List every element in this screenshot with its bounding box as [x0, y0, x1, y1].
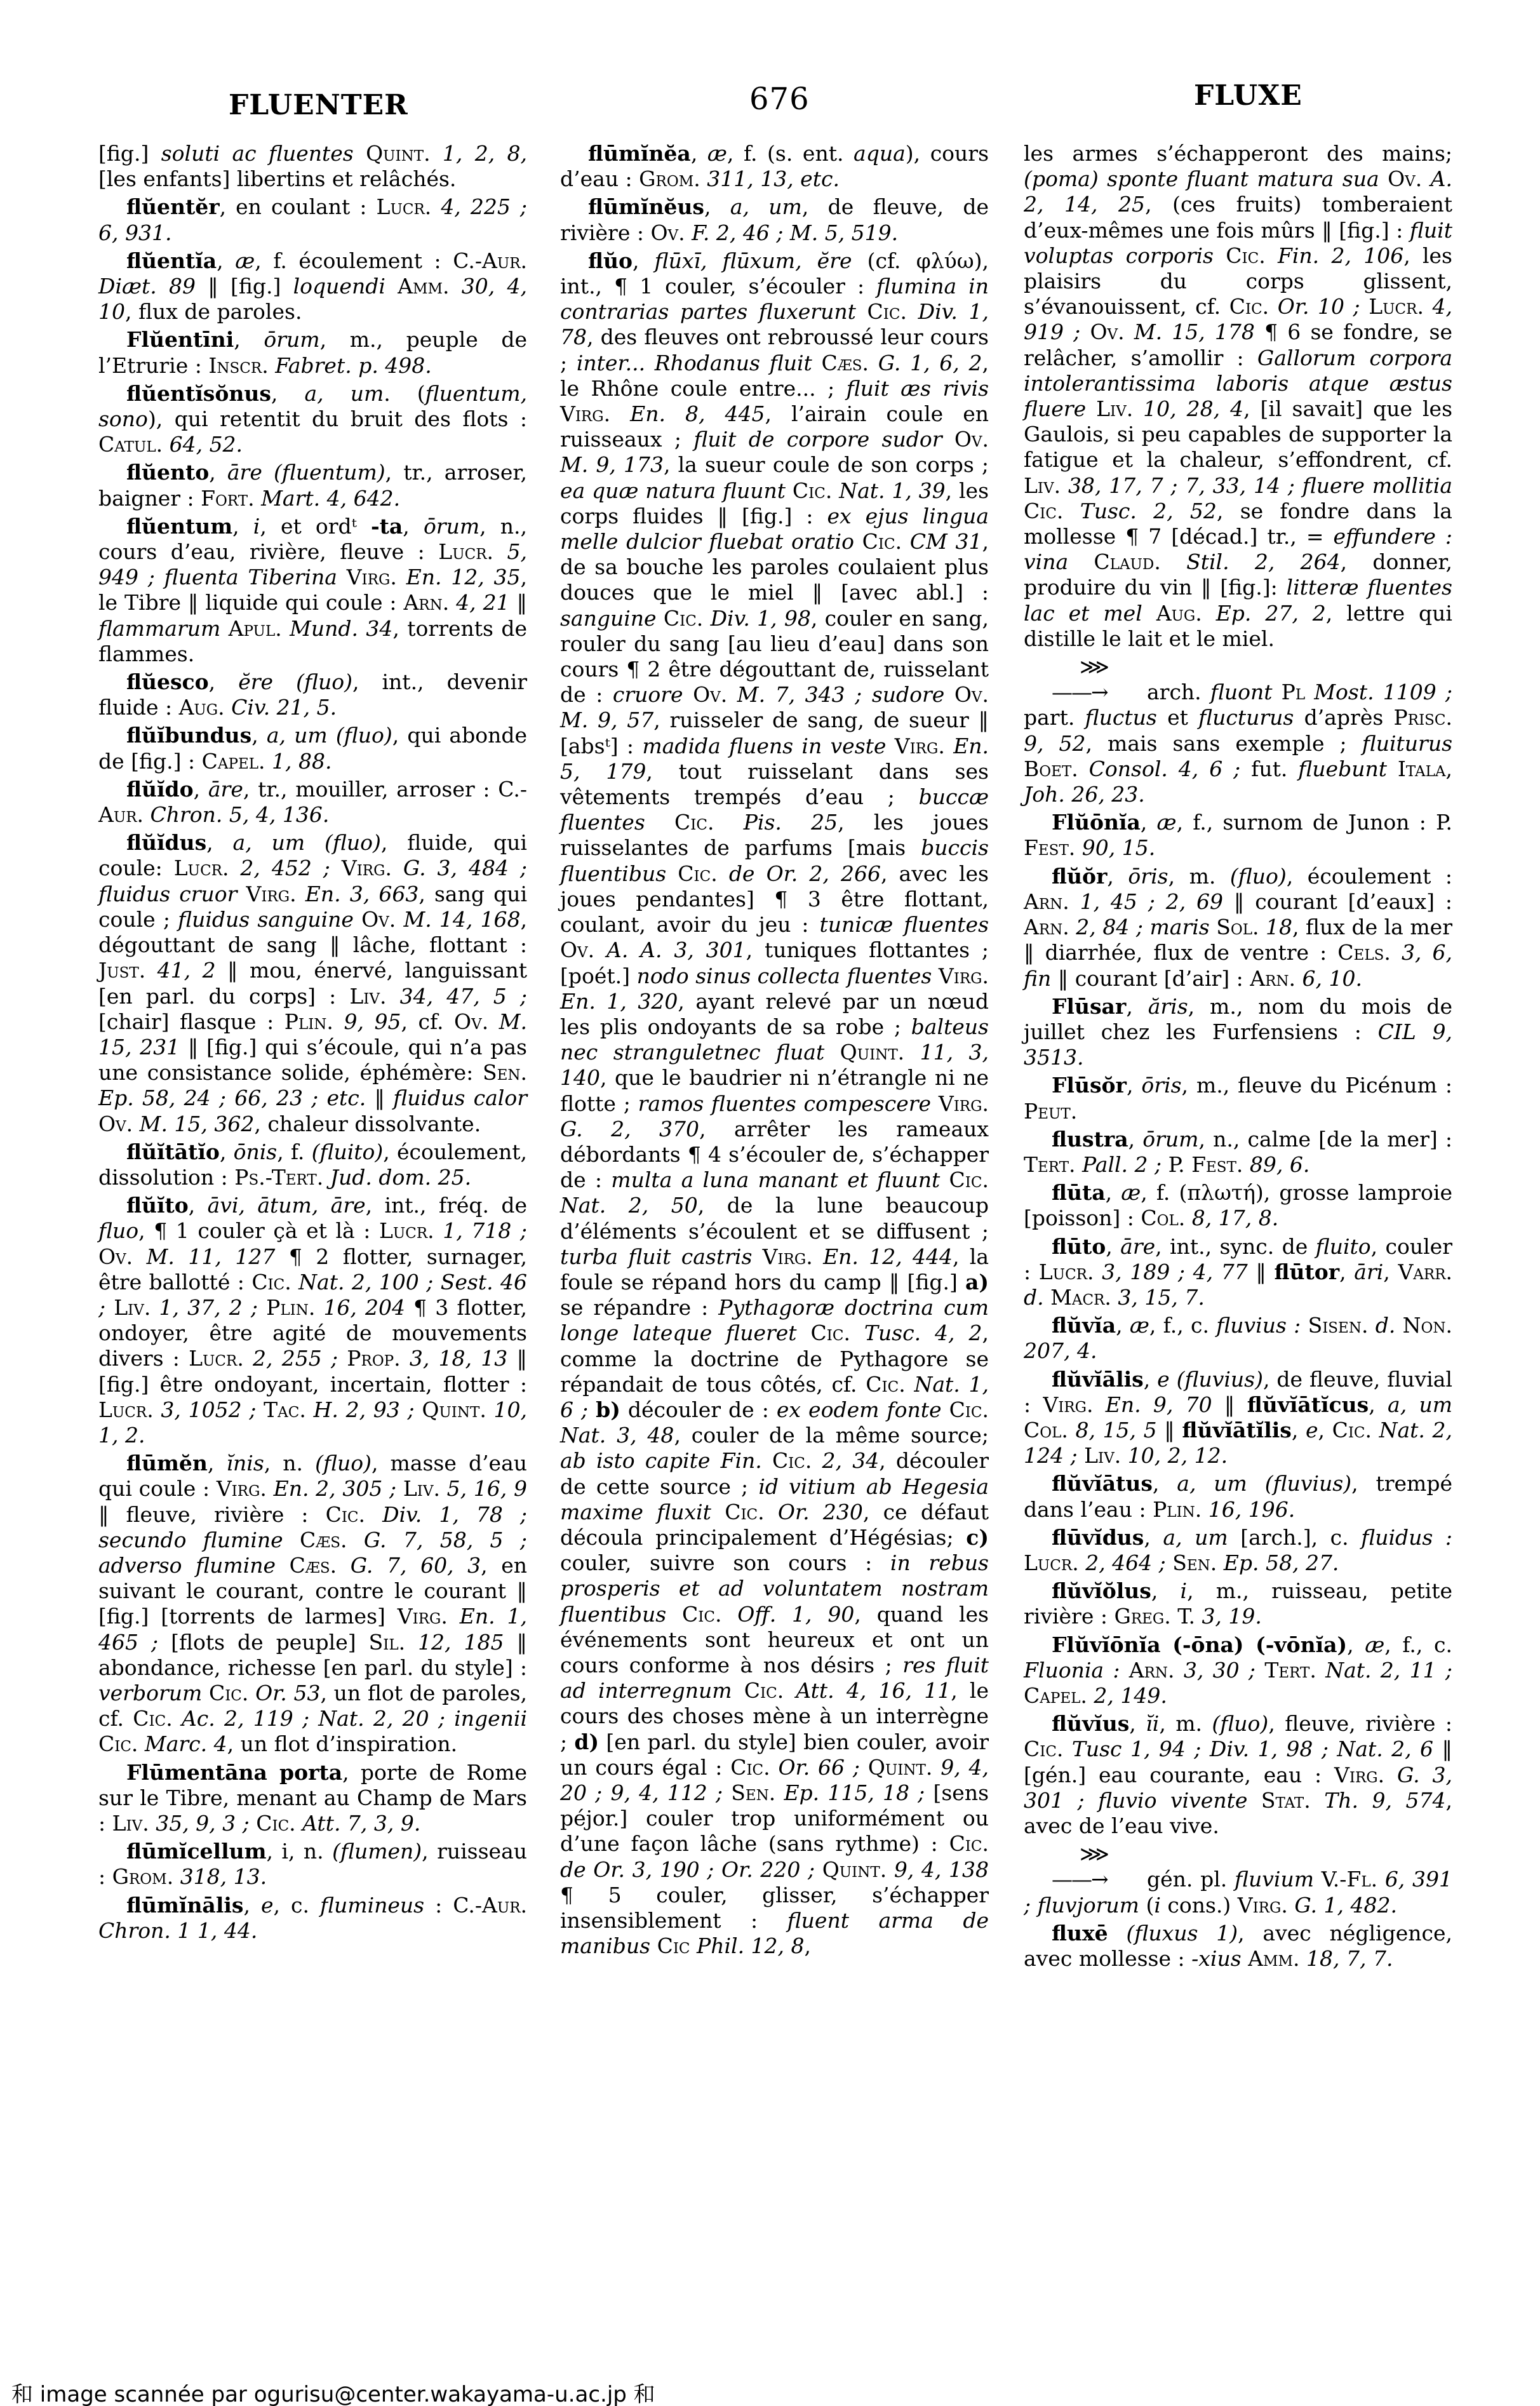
author-abbrev: Cic.	[674, 810, 744, 835]
entry-text: ‖ [fig.]	[208, 274, 293, 299]
author-abbrev: Claud.	[1094, 549, 1186, 574]
entry-text: ,	[220, 1139, 234, 1164]
headword: flŭvĭātĭcus	[1247, 1392, 1369, 1417]
entry-text: M. 9, 173	[560, 452, 664, 477]
entry-text: a, um (fluo)	[267, 723, 392, 748]
entry-text: , f., surnom de Junon : P.	[1177, 810, 1452, 835]
entry-text: ‖	[375, 1085, 394, 1110]
author-abbrev: Arn.	[1024, 915, 1076, 939]
author-abbrev: Virg.	[246, 882, 305, 906]
entry-text: ‖	[1224, 1392, 1247, 1417]
author-abbrev: Virg.	[939, 964, 989, 988]
author-abbrev: Cic.	[209, 1681, 255, 1705]
dictionary-entry: Flūsar, ăris, m., nom du mois de juillet…	[1024, 994, 1452, 1071]
author-abbrev: Liv.	[1084, 1443, 1128, 1468]
entry-text: ,	[232, 514, 253, 539]
entry-text: Joh. 26, 23.	[1024, 782, 1145, 807]
entry-text: M. 15, 178	[1134, 319, 1264, 344]
author-abbrev: Liv.	[112, 1811, 156, 1836]
entry-text: sanguine	[560, 606, 664, 631]
headword: flŭo	[588, 248, 633, 273]
entry-text: āre	[1120, 1234, 1155, 1259]
dictionary-entry: flŭesco, ĕre (fluo), int., devenir fluid…	[98, 669, 527, 720]
dictionary-entry: flūmĭnĕa, æ, f. (s. ent. aqua), cours d’…	[560, 141, 989, 192]
entry-text: ex eodem fonte	[777, 1397, 949, 1422]
author-abbrev: Ov.	[1090, 319, 1134, 344]
entry-text: ,	[1292, 1418, 1306, 1442]
author-abbrev: Non.	[1403, 1313, 1452, 1338]
entry-text: Ep. 58, 24 ; 66, 23 ; etc.	[98, 1085, 375, 1110]
entry-text: ,	[1141, 810, 1157, 835]
author-abbrev: Cic.	[811, 1321, 864, 1345]
headword: flŭvĭa	[1052, 1313, 1116, 1338]
entry-text: F. 2, 46 ; M. 5, 519.	[692, 220, 898, 245]
entry-text: 90, 15.	[1082, 835, 1155, 860]
entry-text: 2, 255 ;	[253, 1346, 347, 1371]
entry-text: , écoulement :	[1287, 864, 1452, 889]
entry-text: d’après	[1304, 705, 1394, 730]
entry-text: æ	[1365, 1632, 1384, 1657]
entry-text: [chair] flasque :	[98, 1009, 285, 1034]
entry-text: fluctus	[1085, 705, 1167, 730]
entry-text: P.	[1168, 1152, 1192, 1177]
author-abbrev: Capel.	[1024, 1683, 1094, 1708]
headword: Flŭentīni	[126, 327, 234, 352]
entry-text: 34, 47, 5 ;	[400, 984, 527, 1009]
dictionary-entry: flūta, æ, f. (πλωτή), grosse lamproie [p…	[1024, 1180, 1452, 1231]
entry-text: flūxī, flūxum, ĕre	[655, 248, 852, 273]
author-abbrev: Cic.	[1024, 499, 1080, 523]
headword: flūmĭnālis	[126, 1893, 243, 1918]
author-abbrev: Virg.	[560, 401, 630, 426]
entry-text: H. 2, 93 ;	[314, 1397, 422, 1422]
author-abbrev: Lucr.	[1024, 1550, 1085, 1575]
author-abbrev: Aur.	[482, 1893, 527, 1918]
column-left: [fig.] soluti ac fluentes Quint. 1, 2, 8…	[98, 141, 527, 1946]
entry-text: , en coulant :	[220, 194, 377, 219]
entry-text: M. 7, 343 ; sudore	[737, 682, 954, 707]
entry-text: ‖	[1164, 1418, 1182, 1442]
dictionary-entry: flŭĭdus, a, um (fluo), fluide, qui coule…	[98, 830, 527, 1136]
dictionary-entry: flŭo, flūxī, flūxum, ĕre (cf. φλύω), int…	[560, 248, 989, 1959]
dictionary-entry: flŭentĭa, æ, f. écoulement : C.-Aur. Diæ…	[98, 248, 527, 325]
author-abbrev: Grom.	[639, 166, 707, 191]
entry-text: ăris	[1148, 994, 1188, 1019]
entry-text: , un flot d’inspiration.	[227, 1731, 458, 1756]
entry-text: , f., c.	[1384, 1632, 1452, 1657]
entry-text: 89, 6.	[1250, 1152, 1309, 1177]
entry-text: , flux de paroles.	[125, 299, 302, 324]
dictionary-entry: flŭento, āre (fluentum), tr., arroser, b…	[98, 460, 527, 511]
entry-text: ,	[805, 1933, 812, 1958]
entry-text: Fluonia :	[1024, 1658, 1129, 1683]
entry-text: [fig.]	[98, 141, 161, 166]
entry-text: ‖ fleuve, rivière :	[98, 1502, 326, 1527]
entry-text: fluo	[98, 1218, 138, 1243]
author-abbrev: Virg.	[342, 856, 403, 880]
entry-text: A. A. 3, 301	[606, 938, 746, 962]
author-abbrev: Arn.	[1129, 1658, 1184, 1683]
entry-text: ,	[1126, 994, 1148, 1019]
entry-text: En. 8, 445	[630, 401, 765, 426]
entry-text: 64, 52.	[170, 432, 243, 457]
author-abbrev: Aug.	[179, 695, 232, 720]
entry-text: e	[1306, 1418, 1318, 1442]
entry-text: ‖ courant [d’air] :	[1058, 966, 1250, 991]
author-abbrev: Cic.	[949, 1167, 989, 1192]
entry-text: Chron. 1 1, 44.	[98, 1918, 257, 1943]
entry-text: , couler de la même source;	[674, 1423, 989, 1448]
dictionary-entry: flūto, āre, int., sync. de fluito, coule…	[1024, 1234, 1452, 1311]
entry-text: ,	[217, 248, 235, 273]
entry-text: Mart. 4, 642.	[261, 486, 400, 511]
headword: Flūsar	[1052, 994, 1126, 1019]
author-abbrev: Fl.	[1346, 1867, 1384, 1892]
entry-text: fluidus :	[1361, 1525, 1452, 1550]
author-abbrev: Cic.	[862, 529, 910, 554]
entry-text: ,	[234, 327, 264, 352]
author-abbrev: Cic.	[133, 1706, 182, 1731]
headword: flūtor	[1275, 1260, 1340, 1284]
headword: flūvĭdus	[1052, 1525, 1144, 1550]
entry-text: soluti ac fluentes	[161, 141, 366, 166]
author-abbrev: Cic.	[867, 299, 918, 324]
dictionary-entry: ⋙——→arch. fluont Pl Most. 1109 ; part. f…	[1024, 654, 1452, 807]
entry-text: Jud. dom. 25.	[330, 1165, 471, 1190]
entry-text: Ac. 2, 119 ; Nat. 2, 20 ; ingenii	[182, 1706, 527, 1731]
entry-text: M. 14, 168	[403, 907, 520, 932]
entry-text: Nat. 2, 11 ;	[1325, 1658, 1452, 1683]
dictionary-entry: flŭĭtātĭo, ōnis, f. (fluito), écoulement…	[98, 1139, 527, 1190]
entry-text: e (fluvius)	[1157, 1367, 1263, 1392]
entry-text: fut.	[1251, 756, 1298, 781]
entry-text: 318, 13.	[180, 1864, 267, 1889]
author-abbrev: Cic.	[1229, 294, 1278, 319]
author-abbrev: Quint.	[422, 1397, 493, 1422]
dictionary-entry: fluxē (fluxus 1), avec négligence, avec …	[1024, 1921, 1452, 1972]
headword: flŭĭdus	[126, 830, 206, 855]
entry-text: a, um	[1388, 1392, 1452, 1417]
headword: flŭesco	[126, 669, 209, 694]
entry-text: G. 1, 482.	[1294, 1893, 1397, 1918]
page-number: 676	[749, 81, 810, 117]
entry-text: a, um	[304, 381, 384, 406]
author-abbrev: Virg.	[1238, 1893, 1295, 1918]
author-abbrev: Sil.	[369, 1630, 418, 1655]
entry-text: (fluo)	[1212, 1711, 1268, 1736]
entry-text: verborum	[98, 1681, 209, 1705]
author-abbrev: Amm.	[1248, 1946, 1306, 1971]
headword: d)	[574, 1730, 599, 1754]
column-right: les armes s’échapperont des mains; (poma…	[1024, 141, 1452, 1974]
entry-text: , int., sync. de	[1155, 1234, 1316, 1259]
entry-text: āre (fluentum)	[227, 460, 385, 485]
headword: Flūmentāna porta	[126, 1760, 342, 1785]
headword: flŭĭto	[126, 1193, 189, 1218]
entry-text: [flots de peuple]	[171, 1630, 369, 1655]
dictionary-entry: flŭentum, i, et ordᵗ -ta, ōrum, n., cour…	[98, 514, 527, 667]
dictionary-entry: les armes s’échapperont des mains; (poma…	[1024, 141, 1452, 652]
author-abbrev: Col.	[1141, 1206, 1191, 1230]
entry-text: ōrum	[1142, 1127, 1198, 1152]
scan-credit-footer: 和 image scannée par ogurisu@center.wakay…	[11, 2377, 655, 2406]
entry-text: 35, 9, 3 ;	[156, 1811, 256, 1836]
author-abbrev: Cic.	[725, 1500, 778, 1524]
entry-text: 38, 17, 7 ; 7, 33, 14 ; fluere mollitia	[1068, 473, 1452, 498]
entry-text: 6, 10.	[1302, 966, 1362, 991]
entry-text: fluvius :	[1216, 1313, 1308, 1338]
entry-text: CM 31	[910, 529, 982, 554]
entry-text: [les enfants] libertins et relâchés.	[98, 166, 456, 191]
dictionary-entry: flŭvĭātus, a, um (fluvius), trempé dans …	[1024, 1471, 1452, 1522]
author-abbrev: Cic.	[256, 1811, 302, 1836]
entry-text: Tusc 1, 94 ; Div. 1, 98 ; Nat. 2, 6	[1072, 1737, 1442, 1761]
entry-text: a, um	[1163, 1525, 1240, 1550]
dictionary-entry: Flŭōnĭa, æ, f., surnom de Junon : P. Fes…	[1024, 810, 1452, 861]
dictionary-entry: flŭĭbundus, a, um (fluo), qui abonde de …	[98, 723, 527, 774]
entry-text: 9, 52	[1024, 731, 1086, 756]
entry-text: (fluo)	[315, 1451, 372, 1475]
headword: -ta	[371, 514, 403, 539]
author-abbrev: Stat.	[1261, 1788, 1324, 1813]
entry-text: (	[1146, 1893, 1154, 1918]
entry-text: ĭnis	[226, 1451, 264, 1475]
headword: fluxē	[1052, 1921, 1108, 1946]
dictionary-entry: flŭĭdo, āre, tr., mouiller, arroser : C.…	[98, 777, 527, 828]
dictionary-entry: [fig.] soluti ac fluentes Quint. 1, 2, 8…	[98, 141, 527, 192]
dictionary-entry: flŭvĭŏlus, i, m., ruisseau, petite riviè…	[1024, 1578, 1452, 1629]
author-abbrev: Tert.	[1024, 1152, 1082, 1177]
headword: flŭento	[126, 460, 209, 485]
entry-text: i	[1154, 1893, 1167, 1918]
author-abbrev: Capel.	[202, 749, 272, 774]
entry-text: En. 12, 35	[406, 565, 521, 589]
author-abbrev: Cels.	[1337, 940, 1402, 965]
author-abbrev: Ps.-Tert.	[234, 1165, 330, 1190]
entry-text: , cf.	[401, 1009, 454, 1034]
entry-text: Or. 66 ;	[779, 1755, 868, 1780]
author-abbrev: Virg.	[1043, 1392, 1105, 1417]
entry-text: 1, 37, 2 ;	[159, 1295, 267, 1320]
author-abbrev: Fort.	[201, 486, 261, 511]
entry-text: ,	[208, 1451, 227, 1475]
author-abbrev: Quint.	[822, 1857, 894, 1882]
author-abbrev: Lucr.	[377, 194, 441, 219]
entry-text: ,	[1128, 1127, 1143, 1152]
entry-text: flucturus	[1198, 705, 1304, 730]
headword: flŭvĭālis	[1052, 1367, 1144, 1392]
dictionary-entry: Flŭvĭōnĭa (-ōna) (-vōnĭa), æ, f., c. Flu…	[1024, 1632, 1452, 1709]
headword: flūmĭnĕus	[588, 194, 704, 219]
dictionary-entry: flustra, ōrum, n., calme [de la mer] : T…	[1024, 1127, 1452, 1178]
entry-text: ,	[403, 514, 424, 539]
entry-text: Div. 1, 98	[711, 606, 811, 631]
author-abbrev: Lucr.	[174, 856, 241, 880]
entry-text: ,	[251, 723, 267, 748]
entry-text: fluito	[1316, 1234, 1371, 1259]
author-abbrev: Lucr.	[438, 539, 507, 564]
author-abbrev: Col.	[1024, 1418, 1075, 1442]
entry-text: , n.	[264, 1451, 315, 1475]
entry-text: , chaleur dissolvante.	[254, 1112, 481, 1136]
author-abbrev: Amm.	[398, 274, 462, 299]
entry-text: tunicæ fluentes	[819, 912, 989, 937]
entry-text: 9, 4, 138	[894, 1857, 989, 1882]
feathered-arrow-icon: ⋙——→	[1052, 1841, 1147, 1892]
author-abbrev: Cæs.	[821, 351, 878, 375]
entry-text: aqua	[854, 141, 906, 166]
entry-text: de Or. 3, 190 ; Or. 220 ;	[560, 1857, 822, 1882]
entry-text: , f.	[277, 1139, 311, 1164]
entry-text: : C.-	[424, 1893, 482, 1918]
entry-text: ‖	[516, 590, 527, 615]
entry-text: 9, 95	[344, 1009, 401, 1034]
entry-text: 2, 149.	[1094, 1683, 1167, 1708]
author-abbrev: Lucr.	[98, 1397, 161, 1422]
author-abbrev: Varr.	[1398, 1260, 1452, 1284]
entry-text: (poma) sponte fluant matura sua	[1024, 166, 1388, 191]
entry-text: , n., calme [de la mer] :	[1198, 1127, 1452, 1152]
author-abbrev: Cæs.	[300, 1528, 364, 1552]
entry-text: Ep. 58, 27.	[1224, 1550, 1339, 1575]
author-abbrev: Lucr.	[1039, 1260, 1102, 1284]
dictionary-entry: flŭvĭus, ĭi, m. (fluo), fleuve, rivière …	[1024, 1711, 1452, 1839]
dictionary-entry: ⋙——→gén. pl. fluvium V.-Fl. 6, 391 ; flu…	[1024, 1841, 1452, 1918]
entry-text: (fluo)	[1230, 864, 1287, 889]
author-abbrev: Sisen.	[1308, 1313, 1376, 1338]
entry-text: Civ. 21, 5.	[231, 695, 337, 720]
author-abbrev: Ov.	[693, 682, 737, 707]
entry-text: ,	[1318, 1418, 1332, 1442]
entry-text: 12, 185	[418, 1630, 516, 1655]
author-abbrev: Cic.	[251, 1270, 298, 1294]
entry-text: 18, 7, 7.	[1306, 1946, 1393, 1971]
headword: flŭvĭŏlus	[1052, 1578, 1151, 1603]
author-abbrev: Aur.	[98, 802, 151, 827]
entry-text: 2, 452 ;	[240, 856, 341, 880]
author-abbrev: Cæs.	[290, 1553, 351, 1578]
entry-text: , m., fleuve du Picénum :	[1182, 1073, 1452, 1098]
headword: a)	[965, 1270, 989, 1294]
entry-text: , et ordᵗ	[260, 514, 371, 539]
headword: flŭvĭātus	[1052, 1471, 1153, 1496]
entry-text: se répandre :	[560, 1295, 718, 1320]
author-abbrev: Lucr.	[1369, 294, 1432, 319]
author-abbrev: Cic.	[1024, 1737, 1072, 1761]
entry-text: ,	[704, 194, 730, 219]
entry-text: En. 12, 444	[823, 1244, 953, 1269]
headword: flŭentĕr	[126, 194, 220, 219]
entry-text: ,	[1106, 1180, 1122, 1205]
entry-text: Att. 4, 16, 11	[796, 1678, 951, 1703]
dictionary-entry: Flūmentāna porta, porte de Rome sur le T…	[98, 1760, 527, 1837]
author-abbrev: Cic.	[98, 1731, 145, 1756]
entry-text: 16, 204	[323, 1295, 413, 1320]
dictionary-entry: flūmĕn, ĭnis, n. (fluo), masse d’eau qui…	[98, 1451, 527, 1757]
entry-text: ea quæ natura fluunt	[560, 478, 793, 503]
entry-text: æ	[1130, 1313, 1149, 1338]
running-head-left: FLUENTER	[229, 89, 408, 121]
entry-text: a, um (fluvius)	[1177, 1471, 1351, 1496]
entry-text: ramos fluentes compescere	[638, 1091, 939, 1116]
entry-text: M. 11, 127	[147, 1244, 289, 1269]
headword: flŭĭtātĭo	[126, 1139, 220, 1164]
author-abbrev: Plin.	[285, 1009, 344, 1034]
entry-text: ,	[1127, 1073, 1141, 1098]
entry-text: ‖	[1255, 1260, 1274, 1284]
headword: flūto	[1052, 1234, 1106, 1259]
entry-text: madida fluens in veste	[642, 734, 894, 758]
author-abbrev: Cic.	[1332, 1418, 1379, 1442]
author-abbrev: Boet.	[1024, 756, 1089, 781]
dictionary-entry: flūmĭnĕus, a, um, de fleuve, de rivière …	[560, 194, 989, 245]
dictionary-entry: flūmĭcellum, i, n. (flumen), ruisseau : …	[98, 1839, 527, 1890]
entry-text: 1, 2, 8,	[443, 141, 527, 166]
author-abbrev: Ov.	[954, 427, 989, 452]
entry-text: les armes s’échapperont des mains;	[1024, 141, 1452, 166]
entry-text: [arch.], c.	[1240, 1525, 1361, 1550]
author-abbrev: Ov.	[98, 1112, 140, 1136]
entry-text: Fabret. p. 498.	[275, 353, 432, 378]
entry-text: part.	[1024, 705, 1085, 730]
entry-text: āvi, ātum, āre	[208, 1193, 366, 1218]
entry-text: , ¶ 1 couler çà et là :	[138, 1218, 379, 1243]
entry-text: ,	[1151, 1578, 1181, 1603]
entry-text: ōrum	[424, 514, 479, 539]
author-abbrev: Plin.	[266, 1295, 323, 1320]
author-abbrev: Virg.	[1334, 1763, 1397, 1787]
author-abbrev: Aur.	[482, 248, 527, 273]
entry-text: 4, 21	[456, 590, 516, 615]
headword: flŭvĭus	[1052, 1711, 1129, 1736]
entry-text: d.	[1024, 1285, 1050, 1310]
author-abbrev: Ov.	[361, 907, 403, 932]
headword: flŭentum	[126, 514, 232, 539]
author-abbrev: Cic.	[772, 1448, 822, 1473]
author-abbrev: Ov.	[1388, 166, 1431, 191]
entry-text: fluiturus	[1362, 731, 1452, 756]
author-abbrev: Cic.	[326, 1502, 382, 1527]
author-abbrev: Cic.	[1226, 243, 1278, 268]
entry-text: multa a luna manant et fluunt	[611, 1167, 949, 1192]
entry-text: Marc. 4	[145, 1731, 227, 1756]
entry-text: ,	[1347, 1632, 1365, 1657]
entry-text: Or. 10 ;	[1278, 294, 1369, 319]
author-abbrev: Apul.	[229, 616, 290, 641]
entry-text: Ep. 115, 18 ;	[784, 1780, 933, 1805]
entry-text	[1108, 1921, 1127, 1946]
entry-text: Tusc. 4, 2	[864, 1321, 982, 1345]
author-abbrev: Liv.	[114, 1295, 159, 1320]
entry-text: Or. 53	[255, 1681, 320, 1705]
author-abbrev: Ov.	[454, 1009, 499, 1034]
column-middle: flūmĭnĕa, æ, f. (s. ent. aqua), cours d’…	[560, 141, 989, 1961]
entry-text: 3, 1052 ;	[161, 1397, 264, 1422]
entry-text: En. 3, 663	[305, 882, 419, 906]
entry-text: ōris	[1141, 1073, 1181, 1098]
author-abbrev: Cic.	[678, 861, 729, 886]
running-head-right: FLUXE	[1194, 79, 1302, 112]
author-abbrev: Quint.	[366, 141, 443, 166]
entry-text: 3, 15, 7.	[1118, 1285, 1204, 1310]
entry-text: 1, 718 ;	[443, 1218, 527, 1243]
entry-text: ,	[1129, 1711, 1146, 1736]
entry-text: a, um (fluo)	[233, 830, 381, 855]
headword: flūmĭcellum	[126, 1839, 267, 1864]
author-abbrev: Prop.	[347, 1346, 410, 1371]
entry-text: , mais sans exemple ;	[1086, 731, 1362, 756]
entry-text: G. 2, 370	[560, 1117, 699, 1141]
